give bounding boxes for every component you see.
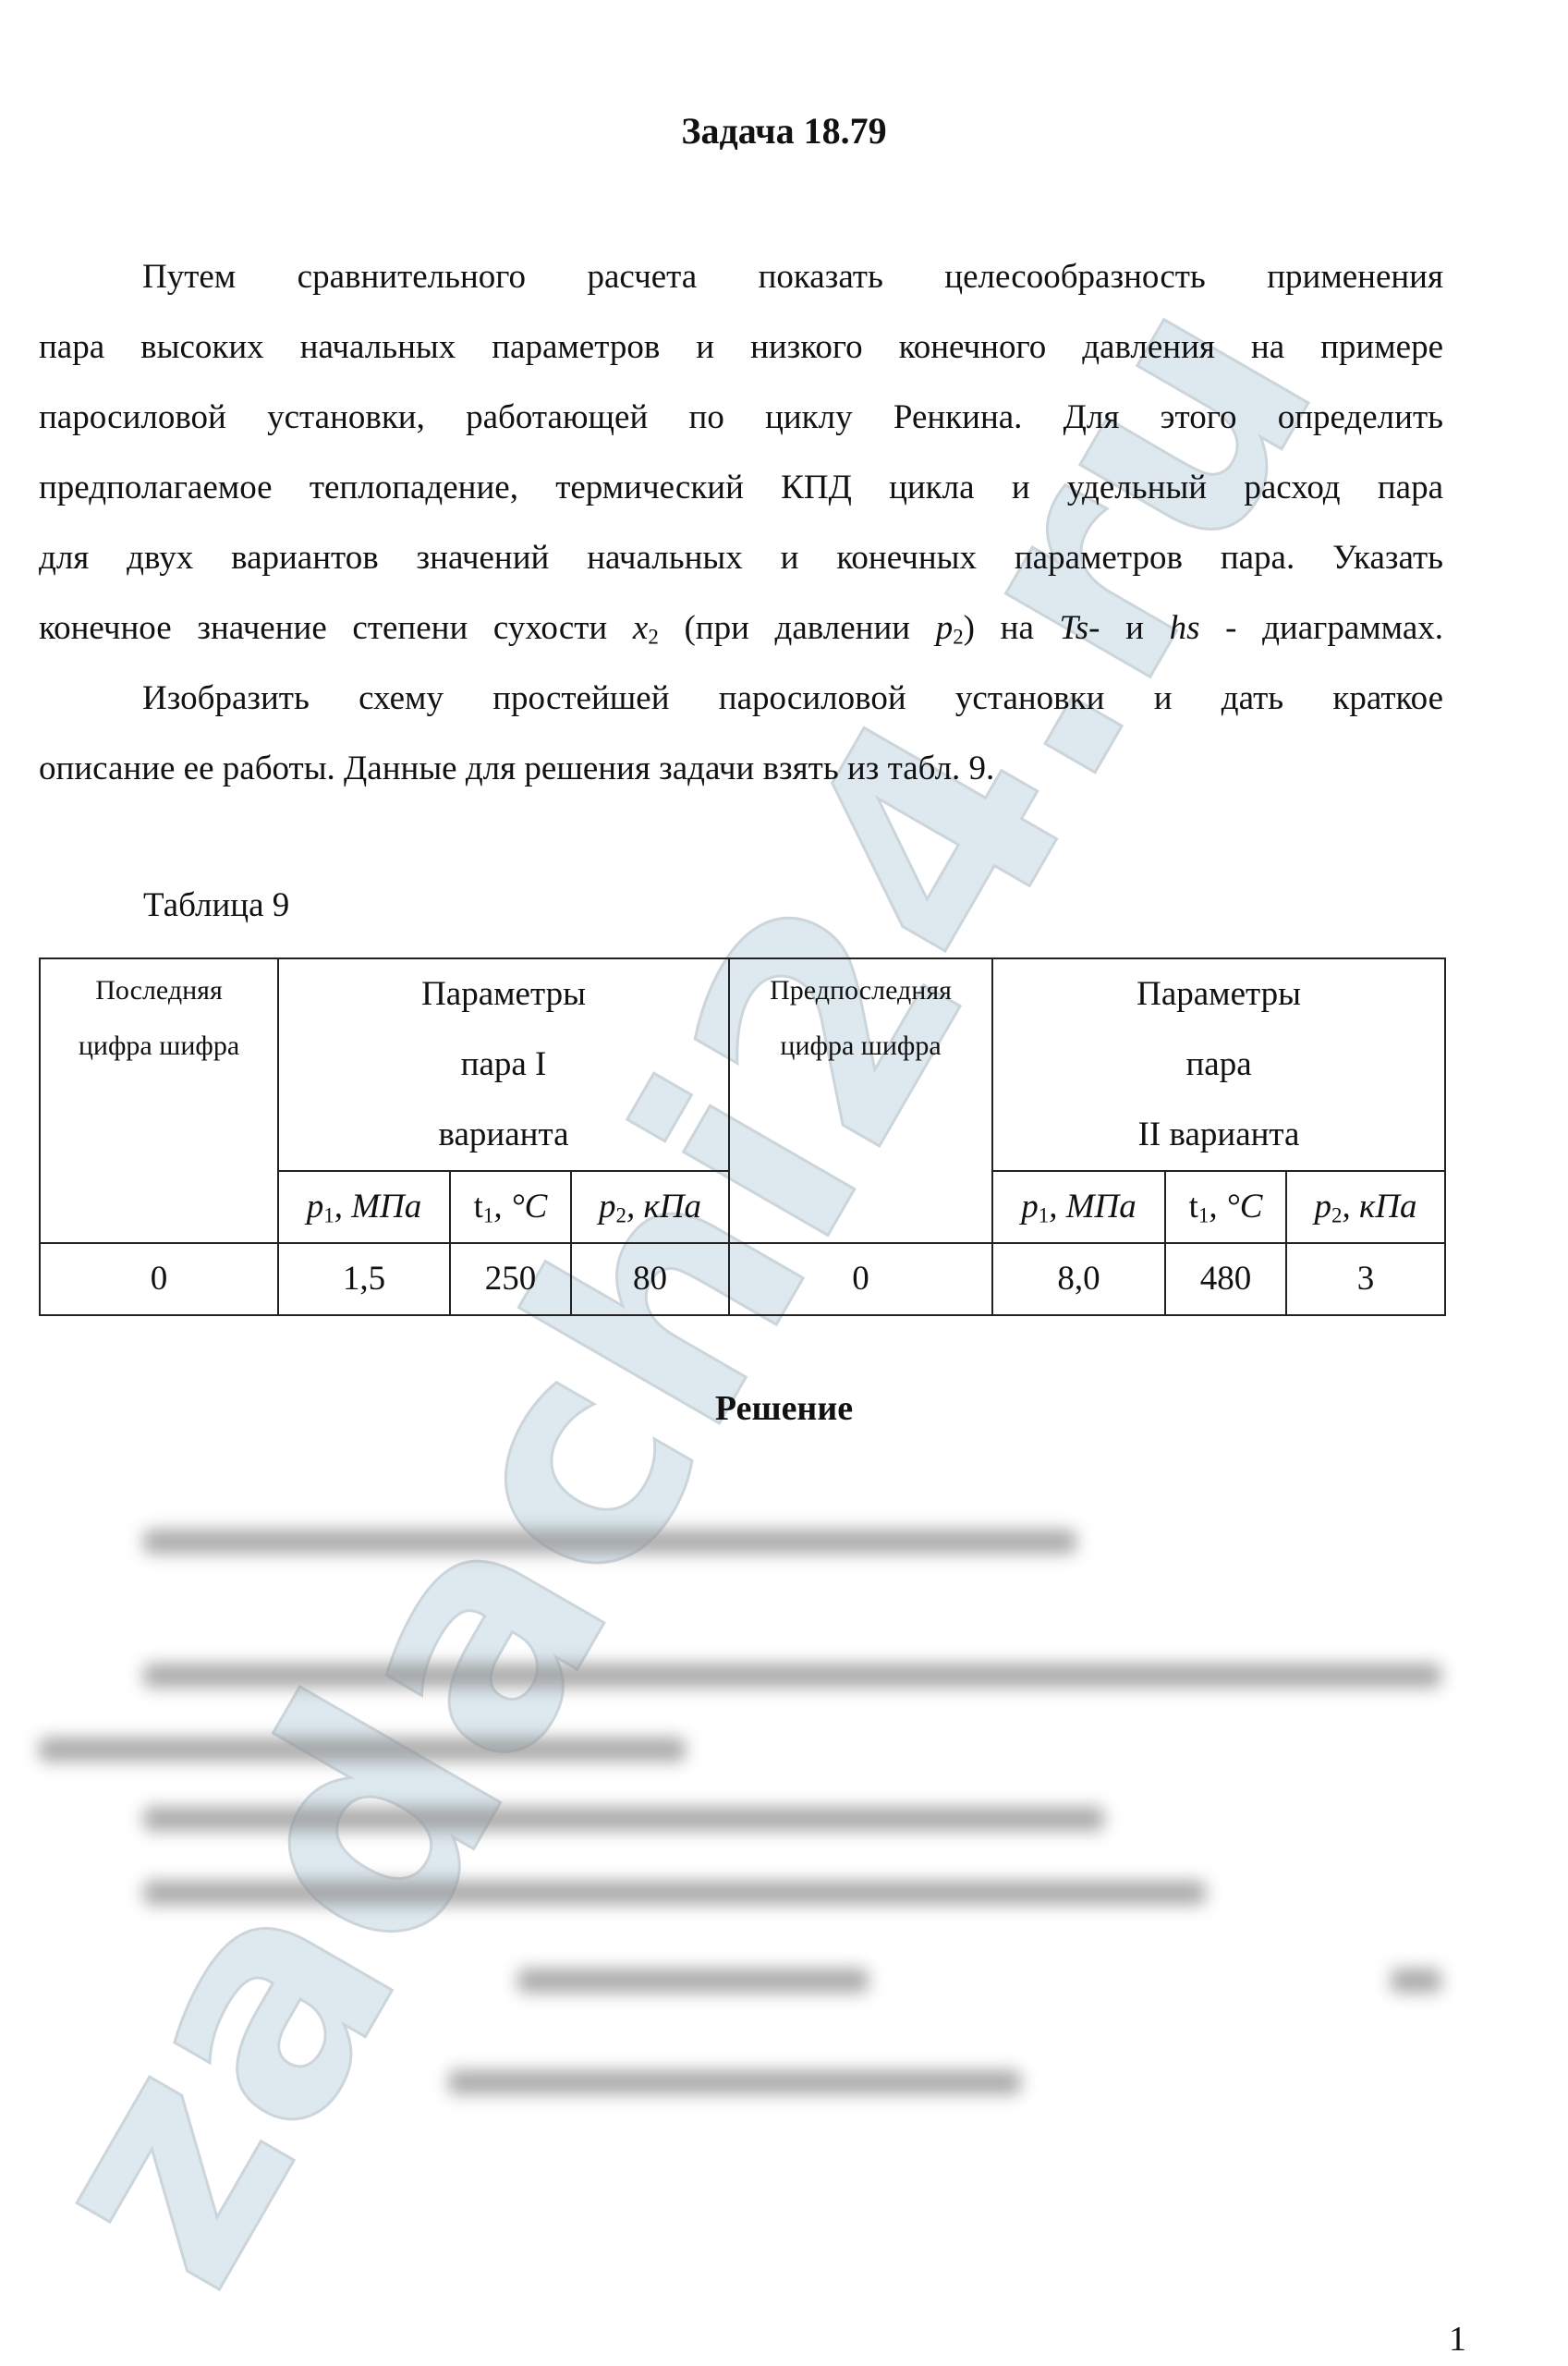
blurred-solution [0,0,1568,2366]
blurred-line [143,1530,1076,1554]
blurred-line [143,1664,1441,1688]
blurred-line [143,1881,1206,1905]
blurred-line [448,2070,1021,2094]
document-page: zadachi24.ru Задача 18.79 Путем сравните… [0,0,1568,2366]
blurred-line [143,1807,1104,1831]
page-number: 1 [1449,2318,1466,2360]
blurred-line [517,1969,869,1993]
blurred-line [39,1738,686,1762]
blurred-line [1391,1969,1441,1993]
